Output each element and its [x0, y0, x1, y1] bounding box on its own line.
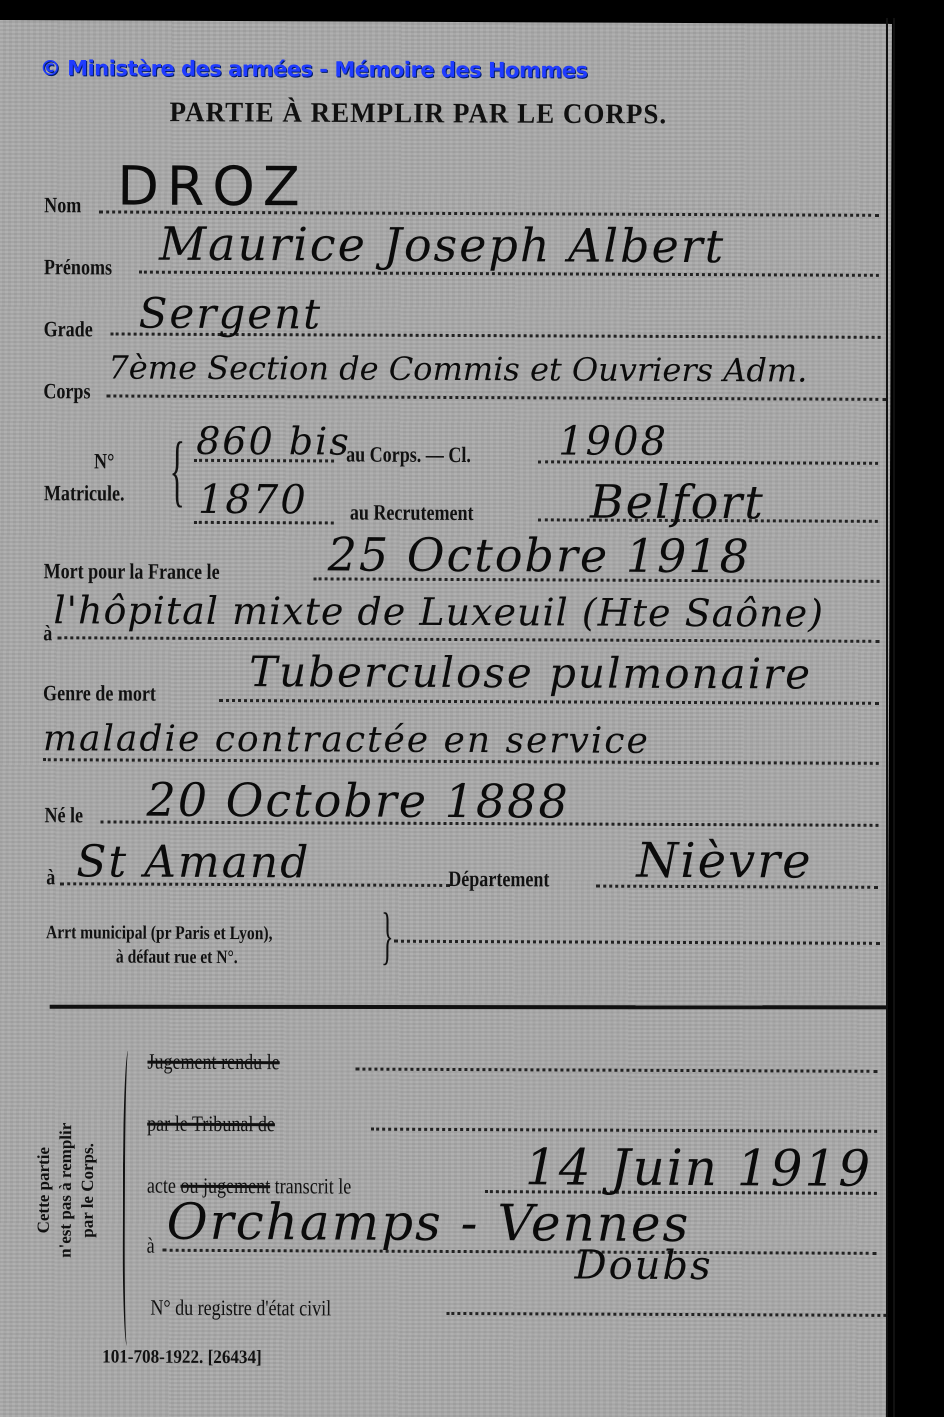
classe-value: 1908 [558, 418, 668, 464]
matricule-brace: { [169, 431, 185, 511]
form-heading: PARTIE À REMPLIR PAR LE CORPS. [170, 96, 668, 131]
arrondissement-line [394, 940, 880, 945]
side-note: Cette partie n'est pas à remplir par le … [32, 1070, 99, 1310]
prenoms-value: Maurice Joseph Albert [159, 217, 725, 273]
acte-date-value: 14 Juin 1919 [525, 1138, 872, 1198]
au-recrutement-label: au Recrutement [350, 500, 474, 527]
prenoms-label: Prénoms [44, 254, 112, 280]
section-divider [50, 1005, 888, 1010]
ne-le-value: 20 Octobre 1888 [146, 773, 569, 829]
mort-value: 25 Octobre 1918 [328, 527, 751, 583]
arrondissement-label-1: Arrt municipal (pr Paris et Lyon), [46, 922, 273, 945]
acte-lieu-label: à [147, 1233, 155, 1259]
right-border-rule [886, 18, 888, 1417]
lieu-deces-label: à [43, 620, 52, 646]
lieu-deces-value: l'hôpital mixte de Luxeuil (Hte Saône) [53, 588, 824, 635]
record-card: © Ministère des armées - Mémoire des Hom… [0, 20, 892, 1417]
registre-label: N° du registre d'état civil [150, 1295, 331, 1322]
corps-value: 7ème Section de Commis et Ouvriers Adm. [108, 348, 807, 389]
grade-value: Sergent [139, 289, 323, 339]
corps-line [106, 394, 886, 400]
lieu-deces-line [57, 636, 879, 643]
ne-le-label: Né le [44, 802, 83, 828]
jugement-label: Jugement rendu le [147, 1049, 279, 1076]
lieu-naissance-value: St Amand [76, 836, 310, 888]
tribunal-label: par le Tribunal de [147, 1111, 275, 1138]
recrutement-number-value: 1870 [198, 477, 308, 523]
genre-mort-value-2: maladie contractée en service [43, 718, 650, 762]
genre-mort-line [219, 699, 879, 705]
corps-number-value: 860 bis [196, 419, 351, 464]
mort-label: Mort pour la France le [44, 558, 220, 585]
departement-value: Nièvre [636, 833, 812, 890]
lower-section-bracket [122, 1051, 135, 1346]
jugement-line [355, 1068, 877, 1073]
form-reference-code: 101-708-1922. [26434] [102, 1346, 262, 1369]
tribunal-line [371, 1128, 877, 1133]
nom-value: DROZ [117, 155, 308, 219]
recrutement-place-value: Belfort [590, 475, 765, 530]
arrondissement-label-2: à défaut rue et N°. [116, 947, 238, 970]
lieu-naissance-label: à [46, 864, 55, 890]
matricule-no-label: N° [94, 448, 114, 474]
genre-mort-label: Genre de mort [43, 680, 156, 706]
departement-label: Département [448, 866, 549, 892]
copyright-watermark: © Ministère des armées - Mémoire des Hom… [40, 56, 588, 82]
acte-lieu-dept: Doubs [574, 1243, 712, 1290]
au-corps-label: au Corps. — Cl. [346, 442, 471, 469]
side-note-line-2: n'est pas à remplir [54, 1070, 77, 1310]
grade-label: Grade [44, 316, 93, 342]
nom-label: Nom [44, 192, 81, 218]
side-note-line-3: par le Corps. [76, 1070, 99, 1310]
arrondissement-brace: } [381, 904, 394, 968]
corps-label: Corps [43, 378, 90, 404]
right-border-rule-2 [893, 18, 895, 1417]
side-note-line-1: Cette partie [32, 1070, 55, 1310]
registre-line [446, 1312, 886, 1317]
genre-mort-value-1: Tuberculose pulmonaire [249, 647, 812, 698]
matricule-label: Matricule. [44, 480, 125, 506]
